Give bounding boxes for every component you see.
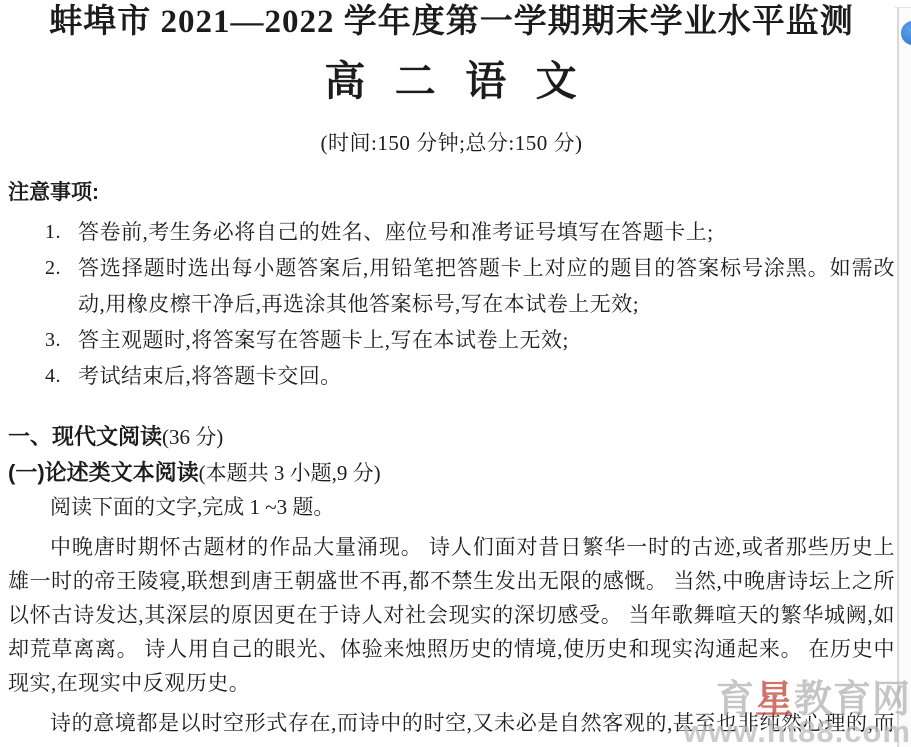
passage-line: 中晚唐时期怀古题材的作品大量涌现。 诗人们面对昔日繁华一时的古迹,或者那些历史上… [8,530,895,564]
notice-heading: 注意事项: [8,180,895,206]
item-text: 考试结束后,将答题卡交回。 [78,358,895,394]
notice-item-2: 2. 答选择题时选出每小题答案后,用铅笔把答题卡上对应的题目的答案标号涂黑。如需… [45,250,895,322]
item-number: 1. [45,214,78,250]
item-number: 2. [45,250,78,322]
subsection-heading-score: (本题共 3 小题,9 分) [199,461,381,485]
page-top-border [895,7,911,8]
notice-item-3: 3. 答主观题时,将答案写在答题卡上,写在本试卷上无效; [45,322,895,358]
notice-item-4: 4. 考试结束后,将答题卡交回。 [45,358,895,394]
section-heading-score: (36 分) [162,425,223,449]
subsection-heading-argumentative-text: (一)论述类文本阅读(本题共 3 小题,9 分) [8,460,895,486]
item-text: 答主观题时,将答案写在答题卡上,写在本试卷上无效; [78,322,895,358]
item-text: 答选择题时选出每小题答案后,用铅笔把答题卡上对应的题目的答案标号涂黑。如需改 动… [78,250,895,322]
page-right-border [897,8,899,747]
item-text-line: 动,用橡皮檫干净后,再选涂其他答案标号,写在本试卷上无效; [78,286,895,322]
item-text-line: 答卷前,考生务必将自己的姓名、座位号和准考证号填写在答题卡上; [78,214,895,250]
passage: 中晚唐时期怀古题材的作品大量涌现。 诗人们面对昔日繁华一时的古迹,或者那些历史上… [8,530,895,740]
item-number: 3. [45,322,78,358]
item-number: 4. [45,358,78,394]
viewer-right-margin [899,8,911,747]
passage-line: 现实,在现实中反观历史。 [8,666,895,700]
item-text-line: 考试结束后,将答题卡交回。 [78,358,895,394]
passage-line: 以怀古诗发达,其深层的原因更在于诗人对社会现实的深切感受。 当年歌舞喧天的繁华城… [8,598,895,632]
section-heading-modern-reading: 一、现代文阅读(36 分) [8,424,895,450]
item-text: 答卷前,考生务必将自己的姓名、座位号和准考证号填写在答题卡上; [78,214,895,250]
passage-line: 却荒草离离。 诗人用自己的眼光、体验来烛照历史的情境,使历史和现实沟通起来。 在… [8,632,895,666]
passage-line: 诗的意境都是以时空形式存在,而诗中的时空,又未必是自然客观的,甚至也非纯然心理的… [8,706,895,740]
paper-header: 蚌埠市 2021—2022 学年度第一学期期末学业水平监测 高 二 语 文 (时… [8,0,895,156]
notice-item-1: 1. 答卷前,考生务必将自己的姓名、座位号和准考证号填写在答题卡上; [45,214,895,250]
exam-paper-page: { "header": { "title": "蚌埠市 2021—2022 学年… [0,0,911,747]
passage-line: 雄一时的帝王陵寝,联想到唐王朝盛世不再,都不禁生发出无限的感慨。 当然,中晚唐诗… [8,564,895,598]
exam-time-score-info: (时间:150 分钟;总分:150 分) [8,130,895,156]
page-title: 蚌埠市 2021—2022 学年度第一学期期末学业水平监测 [8,0,895,44]
notice-list: 1. 答卷前,考生务必将自己的姓名、座位号和准考证号填写在答题卡上; 2. 答选… [8,214,895,394]
item-text-line: 答选择题时选出每小题答案后,用铅笔把答题卡上对应的题目的答案标号涂黑。如需改 [78,250,895,286]
item-text-line: 答主观题时,将答案写在答题卡上,写在本试卷上无效; [78,322,895,358]
subject-title: 高 二 语 文 [8,60,895,102]
passage-intro: 阅读下面的文字,完成 1 ~3 题。 [8,494,895,520]
section-heading-bold: 一、现代文阅读 [8,424,162,449]
page-content: 蚌埠市 2021—2022 学年度第一学期期末学业水平监测 高 二 语 文 (时… [8,0,895,740]
subsection-heading-bold: (一)论述类文本阅读 [8,460,199,485]
